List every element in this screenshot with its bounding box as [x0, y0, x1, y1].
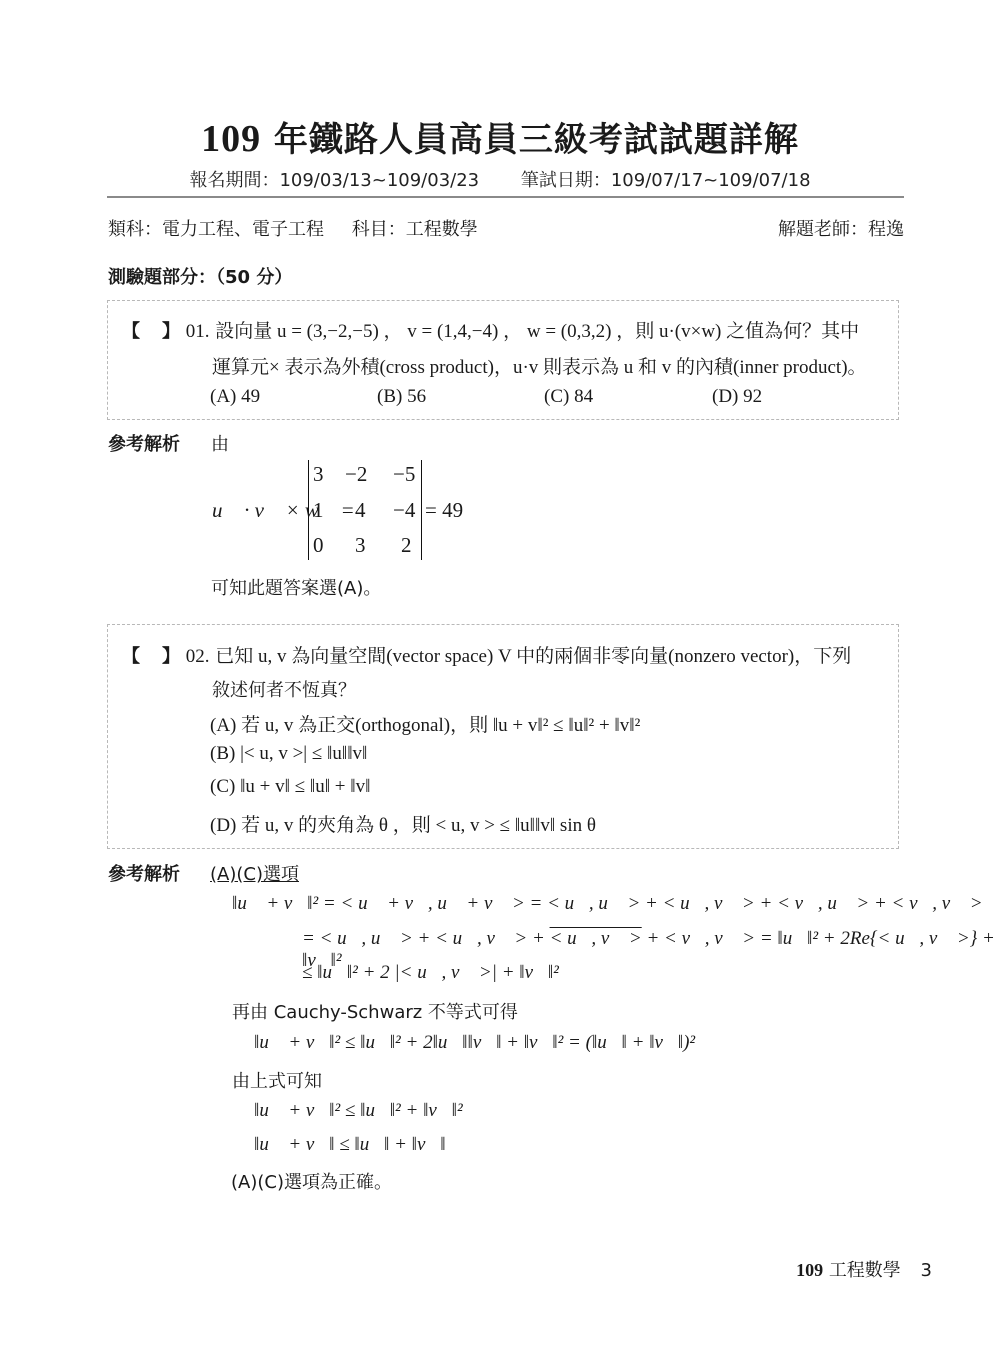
option-d: (D) 若 u, v 的夾角為 θ ，則 < u, v > ≤ ‖u‖‖v‖ s…	[210, 810, 596, 837]
teacher: 解題老師：程逸	[778, 215, 904, 241]
equation-4: ‖u⃗ + v⃗‖² ≤ ‖u⃗‖² + 2‖u⃗‖‖v⃗‖ + ‖v⃗‖² =…	[254, 1032, 695, 1054]
from-above-text: 由上式可知	[232, 1067, 322, 1093]
question-2-line-2: 敘述何者不恆真？	[212, 676, 356, 702]
question-text: 已知 u, v 為向量空間(vector space) V 中的兩個非零向量(n…	[215, 646, 851, 667]
question-text: 設向量 u = (3,−2,−5) ， v = (1,4,−4) ， w = (…	[215, 321, 859, 342]
answer-bracket-close: 】	[162, 646, 180, 667]
solution-conclusion: 可知此題答案選(A)。	[211, 574, 381, 600]
solution-heading: (A)(C)選項	[210, 860, 299, 886]
option-b: (B) |< u, v >| ≤ ‖u‖‖v‖	[210, 743, 367, 765]
header-divider	[107, 196, 904, 198]
exam-dates: 報名期間：109/03/13~109/03/23 筆試日期：109/07/17~…	[0, 166, 1000, 192]
option-b: (B) 56	[377, 386, 426, 408]
question-number: 01.	[186, 321, 210, 342]
option-a: (A) 49	[210, 386, 260, 408]
question-number: 02.	[186, 646, 210, 667]
question-1-line-1: 【】 01. 設向量 u = (3,−2,−5) ， v = (1,4,−4) …	[122, 316, 859, 343]
solution-label: 參考解析	[108, 860, 180, 886]
footer-subject: 工程數學	[829, 1260, 901, 1281]
exam-meta: 類科：電力工程、電子工程 科目：工程數學	[108, 215, 478, 241]
registration-period: 報名期間：109/03/13~109/03/23	[189, 170, 479, 191]
page-title: 109 年鐵路人員高員三級考試試題詳解	[0, 112, 1000, 161]
answer-bracket-open: 【	[122, 321, 140, 342]
option-c: (C) ‖u + v‖ ≤ ‖u‖ + ‖v‖	[210, 776, 370, 798]
determinant-matrix: 3 −2 −5 1 4 −4 0 3 2	[308, 460, 422, 560]
page-footer: 109 工程數學 3	[796, 1256, 932, 1282]
answer-bracket-open: 【	[122, 646, 140, 667]
footer-year: 109	[796, 1260, 823, 1280]
question-1-line-2: 運算元× 表示為外積(cross product)，u·v 則表示為 u 和 v…	[212, 352, 867, 379]
determinant-result: = 49	[425, 498, 463, 523]
solution-conclusion: (A)(C)選項為正確。	[231, 1168, 392, 1194]
equation-5: ‖u⃗ + v⃗‖² ≤ ‖u⃗‖² + ‖v⃗‖²	[254, 1100, 463, 1122]
option-a: (A) 若 u, v 為正交(orthogonal)，則 ‖u + v‖² ≤ …	[210, 710, 640, 737]
equation-3: ≤ ‖u⃗‖² + 2 |< u⃗, v⃗ >| + ‖v⃗‖²	[302, 962, 559, 984]
conjugate-term: < u⃗, v⃗ >	[550, 928, 642, 949]
equation-1: ‖u⃗ + v⃗‖² = < u⃗ + v⃗, u⃗ + v⃗ > = < u⃗…	[232, 893, 983, 915]
answer-bracket-close: 】	[162, 321, 180, 342]
question-2-line-1: 【】 02. 已知 u, v 為向量空間(vector space) V 中的兩…	[122, 641, 851, 668]
option-c: (C) 84	[544, 386, 593, 408]
cauchy-schwarz-text: 再由 Cauchy-Schwarz 不等式可得	[232, 998, 518, 1024]
section-heading: 測驗題部分：（50 分）	[108, 263, 292, 289]
solution-label: 參考解析	[108, 430, 180, 456]
category: 類科：電力工程、電子工程	[108, 219, 324, 240]
exam-date: 筆試日期：109/07/17~109/07/18	[521, 170, 811, 191]
solution-intro: 由	[211, 430, 229, 456]
option-d: (D) 92	[712, 386, 762, 408]
page-number: 3	[921, 1260, 932, 1281]
equation-6: ‖u⃗ + v⃗‖ ≤ ‖u⃗‖ + ‖v⃗‖	[254, 1134, 446, 1156]
subject: 科目：工程數學	[352, 219, 478, 240]
